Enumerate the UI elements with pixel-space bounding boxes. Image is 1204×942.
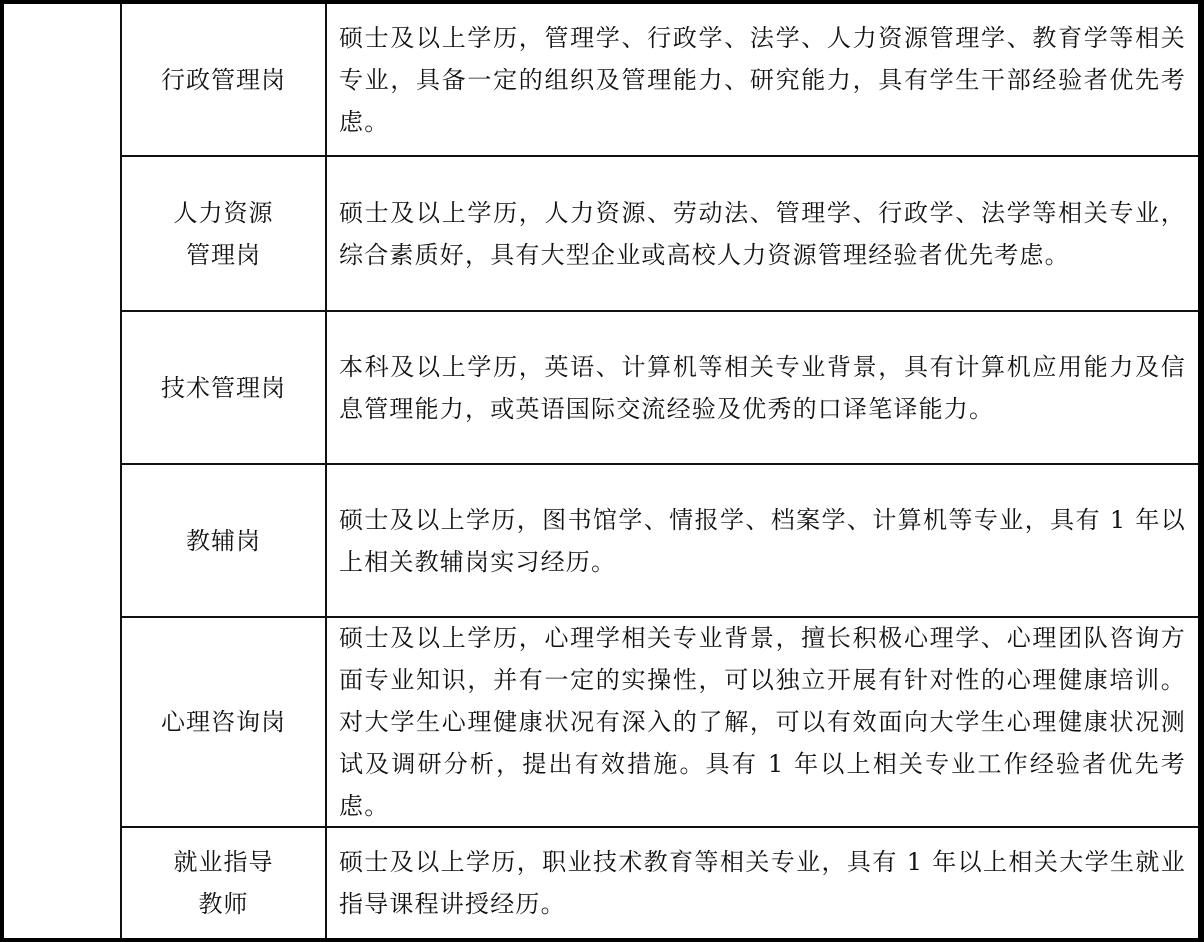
table-row: 教辅岗 硕士及以上学历，图书馆学、情报学、档案学、计算机等专业，具有 1 年以上…: [122, 465, 1198, 618]
document-page: 行政管理岗 硕士及以上学历，管理学、行政学、法学、人力资源管理学、教育学等相关专…: [4, 4, 1198, 938]
requirement-text: 硕士及以上学历，人力资源、劳动法、管理学、行政学、法学等相关专业，综合素质好，具…: [339, 192, 1186, 276]
requirement-text: 本科及以上学历，英语、计算机等相关专业背景，具有计算机应用能力及信息管理能力，或…: [339, 346, 1186, 430]
post-name-cell: 技术管理岗: [122, 312, 325, 463]
requirement-cell: 硕士及以上学历，管理学、行政学、法学、人力资源管理学、教育学等相关专业，具备一定…: [327, 4, 1198, 155]
post-name-cell: 教辅岗: [122, 465, 325, 616]
requirement-cell: 硕士及以上学历，职业技术教育等相关专业，具有 1 年以上相关大学生就业指导课程讲…: [327, 828, 1198, 938]
requirement-text: 硕士及以上学历，心理学相关专业背景，擅长积极心理学、心理团队咨询方面专业知识，并…: [339, 617, 1186, 827]
post-name-cell: 心理咨询岗: [122, 618, 325, 826]
merged-category-cell: [4, 4, 121, 938]
requirement-cell: 本科及以上学历，英语、计算机等相关专业背景，具有计算机应用能力及信息管理能力，或…: [327, 312, 1198, 463]
requirement-text: 硕士及以上学历，职业技术教育等相关专业，具有 1 年以上相关大学生就业指导课程讲…: [339, 841, 1186, 925]
requirement-cell: 硕士及以上学历，人力资源、劳动法、管理学、行政学、法学等相关专业，综合素质好，具…: [327, 157, 1198, 310]
requirement-text: 硕士及以上学历，管理学、行政学、法学、人力资源管理学、教育学等相关专业，具备一定…: [339, 17, 1186, 143]
requirement-cell: 硕士及以上学历，心理学相关专业背景，擅长积极心理学、心理团队咨询方面专业知识，并…: [327, 618, 1198, 826]
requirement-cell: 硕士及以上学历，图书馆学、情报学、档案学、计算机等专业，具有 1 年以上相关教辅…: [327, 465, 1198, 616]
table-row: 人力资源 管理岗 硕士及以上学历，人力资源、劳动法、管理学、行政学、法学等相关专…: [122, 157, 1198, 312]
requirement-text: 硕士及以上学历，图书馆学、情报学、档案学、计算机等专业，具有 1 年以上相关教辅…: [339, 499, 1186, 583]
post-name-cell: 就业指导 教师: [122, 828, 325, 938]
table-row: 技术管理岗 本科及以上学历，英语、计算机等相关专业背景，具有计算机应用能力及信息…: [122, 312, 1198, 465]
post-name-cell: 行政管理岗: [122, 4, 325, 155]
post-name-cell: 人力资源 管理岗: [122, 157, 325, 310]
table-row: 心理咨询岗 硕士及以上学历，心理学相关专业背景，擅长积极心理学、心理团队咨询方面…: [122, 618, 1198, 828]
table-row: 行政管理岗 硕士及以上学历，管理学、行政学、法学、人力资源管理学、教育学等相关专…: [122, 4, 1198, 157]
table-row: 就业指导 教师 硕士及以上学历，职业技术教育等相关专业，具有 1 年以上相关大学…: [122, 828, 1198, 938]
